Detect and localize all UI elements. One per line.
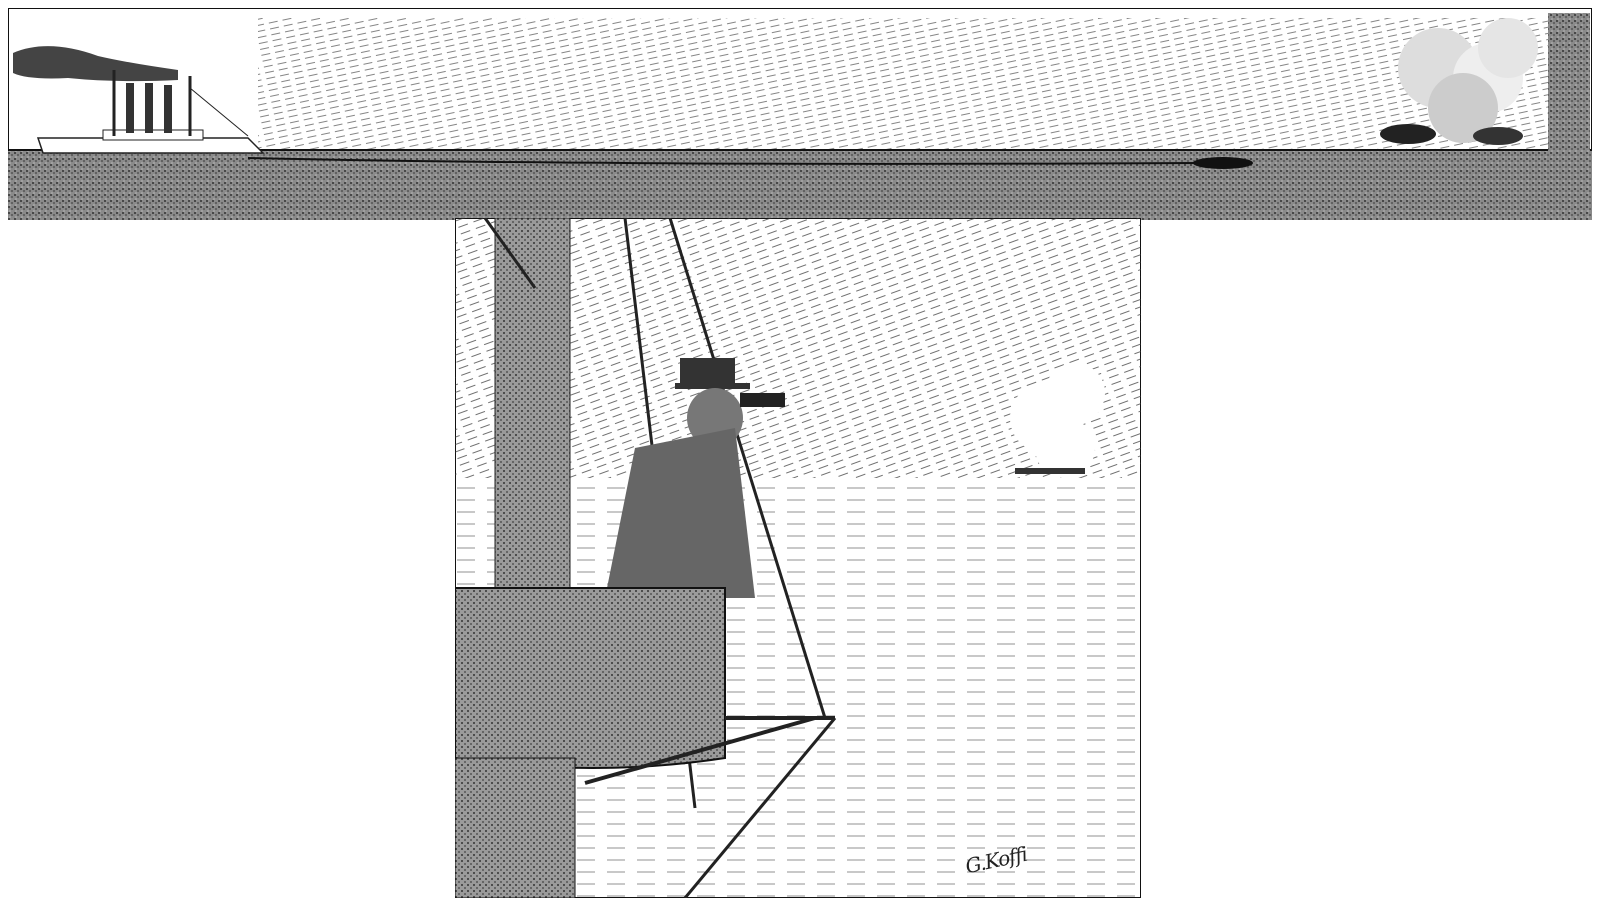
torpedo-icon (1193, 157, 1253, 169)
funnel-mast (495, 218, 570, 598)
bottom-panel-scene (455, 218, 1141, 898)
binoculars-icon (740, 393, 785, 407)
sea (8, 150, 1592, 220)
top-panel-scene (8, 8, 1592, 220)
riveted-bridge-tub (455, 588, 725, 768)
